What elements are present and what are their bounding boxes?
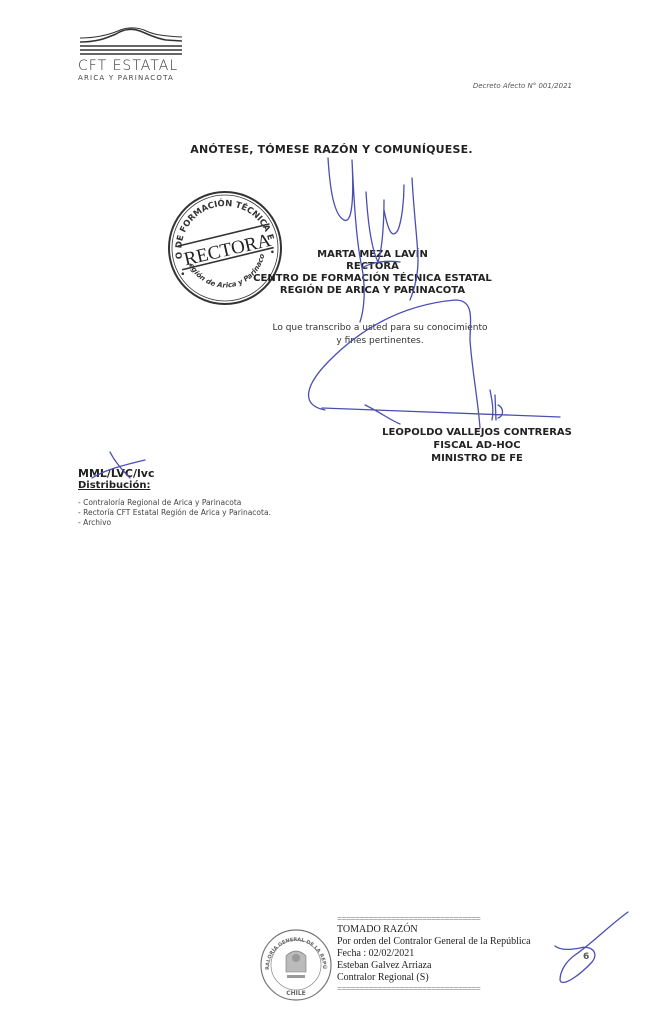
page-initial-mark-icon <box>555 912 628 982</box>
closing-formula-text: ANÓTESE, TÓMESE RAZÓN Y COMUNÍQUESE. <box>190 143 472 156</box>
page-number: 6 <box>583 952 589 962</box>
signer1-institution: CENTRO DE FORMACIÓN TÉCNICA ESTATAL <box>200 273 545 285</box>
toma-razon-official: Esteban Galvez Arriaza <box>337 960 533 972</box>
mountain-logo-icon <box>78 26 182 56</box>
decree-reference: Decreto Afecto N° 001/2021 <box>473 82 572 90</box>
transcription-line2: y fines pertinentes. <box>240 335 520 348</box>
distribution-item: - Contraloría Regional de Arica y Parina… <box>78 498 271 508</box>
transcription-line1: Lo que transcribo a usted para su conoci… <box>240 322 520 335</box>
reference-initials: MML/LVC/lvc <box>78 467 154 480</box>
signer2-name: LEOPOLDO VALLEJOS CONTRERAS <box>352 426 602 439</box>
separator-bottom: ================================ <box>337 984 533 994</box>
fiscal-signature-icon <box>309 300 560 428</box>
signer1-name: MARTA MEZA LAVÍN <box>200 249 545 261</box>
distribution-item: - Archivo <box>78 518 271 528</box>
logo-subtitle: ARICA Y PARINACOTA <box>78 74 182 82</box>
cft-logo: CFT ESTATAL ARICA Y PARINACOTA <box>78 26 182 82</box>
signer1-region: REGIÓN DE ARICA Y PARINACOTA <box>200 285 545 297</box>
signer-rectora-block: MARTA MEZA LAVÍN RECTORA CENTRO DE FORMA… <box>200 249 545 297</box>
toma-razon-block: ================================ TOMADO … <box>337 914 533 994</box>
toma-razon-date: Fecha : 02/02/2021 <box>337 948 533 960</box>
toma-razon-title: TOMADO RAZÓN <box>337 924 533 936</box>
closing-formula: ANÓTESE, TÓMESE RAZÓN Y COMUNÍQUESE. <box>0 143 667 156</box>
distribution-item: - Rectoría CFT Estatal Región de Arica y… <box>78 508 271 518</box>
contraloria-seal-icon: CONTRALORÍA GENERAL DE LA REPÚBLICA CHIL… <box>259 928 333 1002</box>
toma-razon-order: Por orden del Contralor General de la Re… <box>337 936 533 948</box>
signer-fiscal-block: LEOPOLDO VALLEJOS CONTRERAS FISCAL AD-HO… <box>352 426 602 465</box>
separator-top: ================================ <box>337 914 533 924</box>
transcription-note: Lo que transcribo a usted para su conoci… <box>240 322 520 348</box>
toma-razon-official-role: Contralor Regional (S) <box>337 972 533 984</box>
rectora-signature-icon <box>328 158 418 322</box>
signer2-role: FISCAL AD-HOC <box>352 439 602 452</box>
signer2-title: MINISTRO DE FE <box>352 452 602 465</box>
signer1-role: RECTORA <box>200 261 545 273</box>
document-page: CFT ESTATAL ARICA Y PARINACOTA Decreto A… <box>0 0 667 1024</box>
distribution-label: Distribución: <box>78 480 150 491</box>
logo-title: CFT ESTATAL <box>78 58 182 74</box>
seal-country: CHILE <box>286 990 306 997</box>
distribution-list: - Contraloría Regional de Arica y Parina… <box>78 498 271 528</box>
